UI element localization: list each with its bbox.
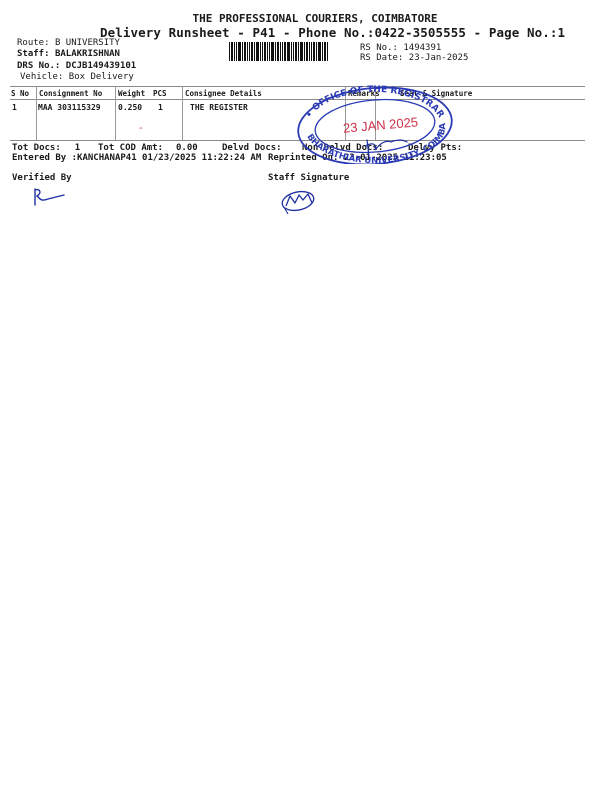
registrar-stamp: • OFFICE OF THE REGISTRAR BHARATHIAR UNI… <box>295 84 455 164</box>
vehicle-value: Box Delivery <box>69 72 134 82</box>
col-header-consignment: Consignment No <box>39 89 102 98</box>
drs-line: DRS No.: DCJB149439101 <box>17 61 136 71</box>
company-title: THE PROFESSIONAL COURIERS, COIMBATORE <box>0 12 600 25</box>
col-header-pcs: PCS <box>153 89 167 98</box>
rs-date-label: RS Date: <box>360 53 403 63</box>
drs-value: DCJB149439101 <box>66 61 136 71</box>
col-header-weight: Weight <box>118 89 145 98</box>
entered-by-label: Entered By : <box>12 153 77 163</box>
barcode <box>229 42 339 61</box>
svg-text:23 JAN 2025: 23 JAN 2025 <box>342 114 418 135</box>
tot-cod-label: Tot COD Amt: <box>98 143 163 153</box>
staff-signature-label: Staff Signature <box>268 173 349 183</box>
totals-line: Tot Docs: 1 <box>12 143 80 153</box>
cell-weight: 0.250 <box>118 103 142 112</box>
drs-label: DRS No.: <box>17 61 60 71</box>
col-header-consignee: Consignee Details <box>185 89 262 98</box>
rs-date-line: RS Date: 23-Jan-2025 <box>360 53 468 63</box>
route-label: Route: <box>17 38 50 48</box>
col-divider <box>182 86 183 140</box>
verified-signature-icon <box>30 186 70 208</box>
cell-pcs: 1 <box>158 103 163 112</box>
col-header-sno: S No <box>11 89 29 98</box>
cell-sno: 1 <box>12 103 17 112</box>
rs-no-value: 1494391 <box>403 43 441 53</box>
staff-signature-icon <box>278 186 328 216</box>
delvd-docs-label: Delvd Docs: <box>222 143 282 153</box>
tot-cod-value: 0.00 <box>176 143 198 153</box>
stray-mark: ^ <box>139 127 143 134</box>
rs-no-line: RS No.: 1494391 <box>360 43 441 53</box>
verified-by-label: Verified By <box>12 173 72 183</box>
staff-line: Staff: BALAKRISHNAN <box>17 49 120 59</box>
entered-by-line: Entered By :KANCHANAP41 01/23/2025 11:22… <box>12 153 261 163</box>
staff-value: BALAKRISHNAN <box>55 49 120 59</box>
cell-consignment-no: MAA 303115329 <box>38 103 101 112</box>
runsheet-subtitle: Delivery Runsheet - P41 - Phone No.:0422… <box>100 25 565 40</box>
rs-date-value: 23-Jan-2025 <box>409 53 469 63</box>
entered-by-value: KANCHANAP41 01/23/2025 11:22:24 AM <box>77 153 261 163</box>
col-divider <box>115 86 116 140</box>
col-divider <box>36 86 37 140</box>
staff-label: Staff: <box>17 49 50 59</box>
vehicle-label: Vehicle: <box>20 72 63 82</box>
cell-consignee: THE REGISTER <box>190 103 248 112</box>
route-value: B UNIVERSITY <box>55 38 120 48</box>
route-line: Route: B UNIVERSITY <box>17 38 120 48</box>
tot-docs-value: 1 <box>66 143 80 153</box>
tot-docs-label: Tot Docs: <box>12 143 61 153</box>
vehicle-line: Vehicle: Box Delivery <box>20 72 134 82</box>
rs-no-label: RS No.: <box>360 43 398 53</box>
